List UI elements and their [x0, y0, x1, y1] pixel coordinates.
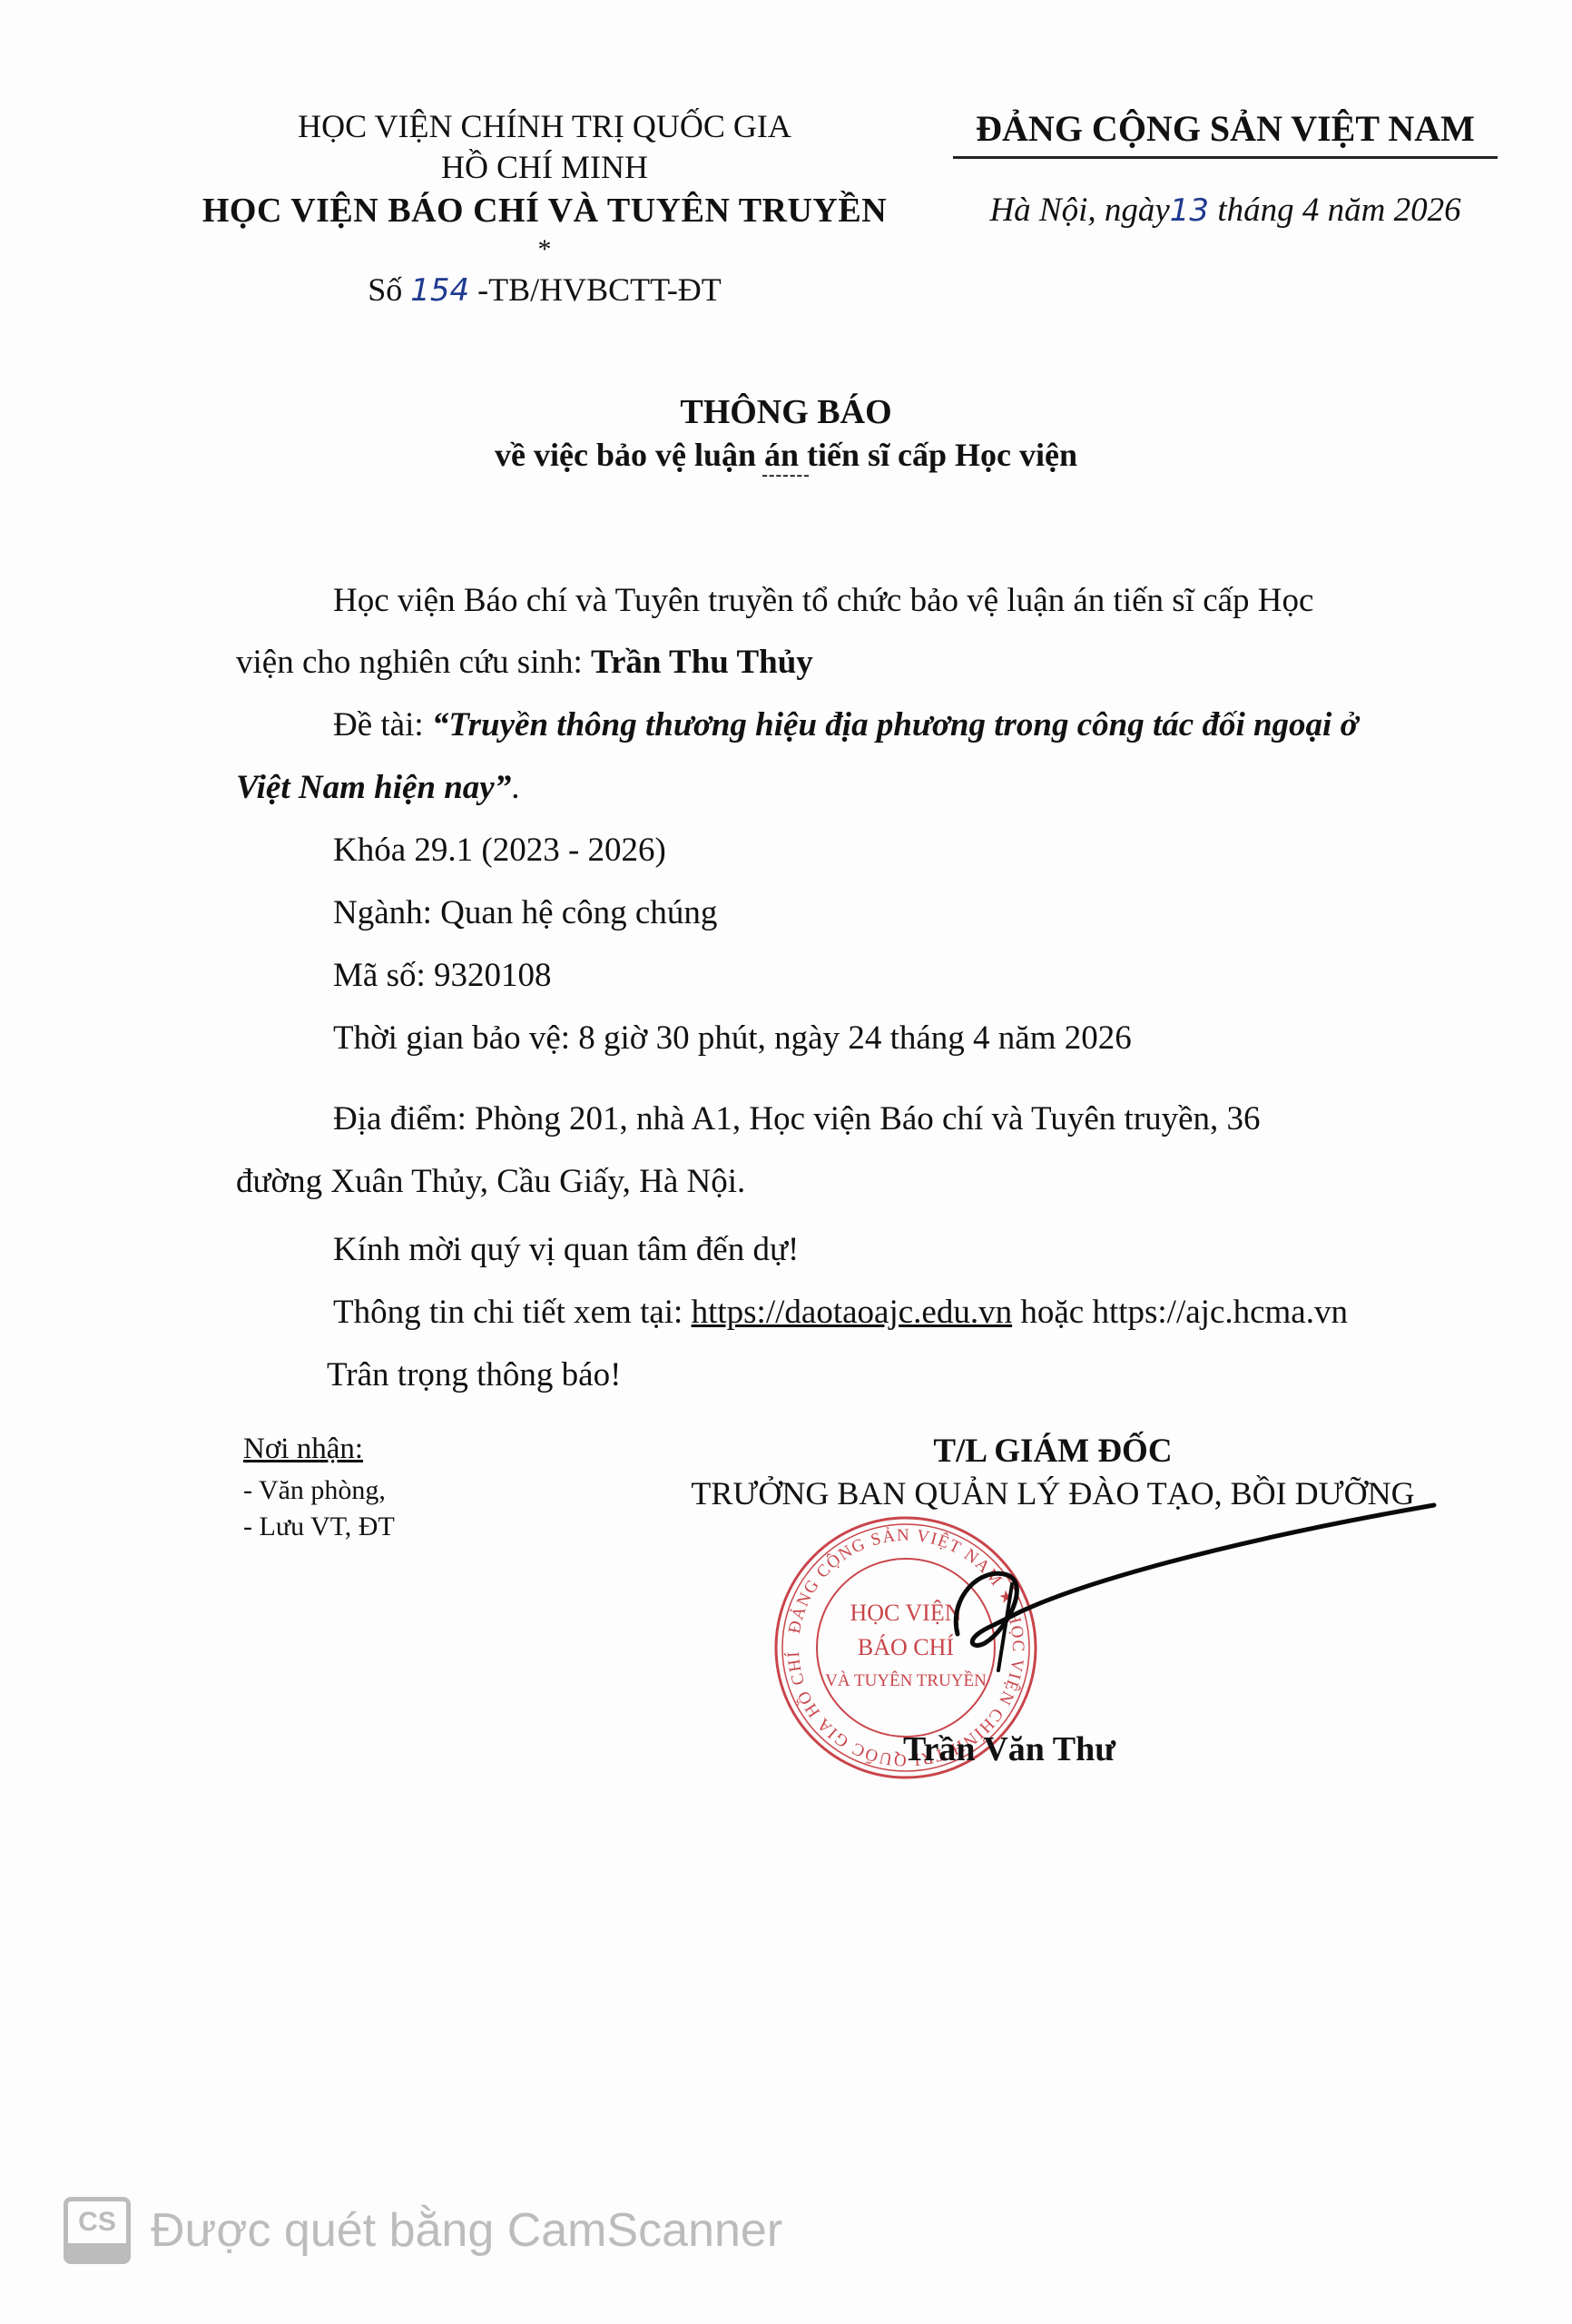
location-line-2: đường Xuân Thủy, Cầu Giấy, Hà Nội. — [236, 1162, 745, 1201]
info-link-daotaoajc[interactable]: https://daotaoajc.edu.vn — [692, 1294, 1012, 1331]
document-number-suffix: -TB/HVBCTT-ĐT — [477, 271, 722, 308]
date-suffix: tháng 4 năm 2026 — [1217, 192, 1460, 229]
closing: Trân trọng thông báo! — [327, 1355, 621, 1394]
date-day-handwritten: 13 — [1170, 192, 1209, 229]
info-line: Thông tin chi tiết xem tại: https://daot… — [333, 1293, 1348, 1332]
candidate-name: Trần Thu Thủy — [591, 644, 813, 681]
signer-name: Trần Văn Thư — [903, 1729, 1115, 1769]
document-date: Hà Nội, ngày13 tháng 4 năm 2026 — [944, 191, 1507, 230]
intro-line-2-prefix: viện cho nghiên cứu sinh: — [236, 644, 583, 681]
svg-text:BÁO CHÍ: BÁO CHÍ — [858, 1634, 954, 1660]
document-number-handwritten: 154 — [410, 272, 469, 309]
location-line-1: Địa điểm: Phòng 201, nhà A1, Học viện Bá… — [333, 1099, 1261, 1138]
document-number-prefix: Số — [368, 271, 402, 308]
topic-line-2: Việt Nam hiện nay”. — [236, 768, 519, 807]
topic-title-2: Việt Nam hiện nay” — [236, 769, 511, 806]
recipients-title: Nơi nhận: — [243, 1433, 363, 1466]
info-link-ajc[interactable]: https://ajc.hcma.vn — [1092, 1294, 1348, 1331]
major-code: Mã số: 9320108 — [333, 956, 552, 995]
document-title: THÔNG BÁO — [0, 392, 1572, 432]
course: Khóa 29.1 (2023 - 2026) — [333, 831, 666, 870]
recipient-item: - Văn phòng, — [243, 1475, 386, 1506]
signature-icon — [944, 1498, 1452, 1689]
camscanner-watermark: CS Được quét bằng CamScanner — [64, 2197, 782, 2264]
watermark-text: Được quét bằng CamScanner — [151, 2203, 782, 2258]
intro-line-2: viện cho nghiên cứu sinh: Trần Thu Thủy — [236, 643, 813, 682]
intro-line-1: Học viện Báo chí và Tuyên truyền tổ chức… — [333, 581, 1313, 620]
defense-time: Thời gian bảo vệ: 8 giờ 30 phút, ngày 24… — [333, 1019, 1132, 1058]
topic-title-1: “Truyền thông thương hiệu địa phương tro… — [432, 706, 1359, 743]
signature-on-behalf: T/L GIÁM ĐỐC — [599, 1432, 1507, 1471]
major: Ngành: Quan hệ công chúng — [333, 893, 717, 932]
signature-position: TRƯỞNG BAN QUẢN LÝ ĐÀO TẠO, BỒI DƯỠNG — [599, 1474, 1507, 1512]
star-separator: * — [154, 234, 935, 265]
issuer-org: HỌC VIỆN BÁO CHÍ VÀ TUYÊN TRUYỀN — [154, 191, 935, 231]
party-header-underline — [953, 156, 1498, 159]
document-number: Số 154 -TB/HVBCTT-ĐT — [154, 271, 935, 309]
topic-end: . — [511, 769, 519, 806]
info-or: hoặc — [1020, 1294, 1084, 1331]
invitation: Kính mời quý vị quan tâm đến dự! — [333, 1230, 799, 1269]
issuer-parent-org-line2: HỒ CHÍ MINH — [154, 148, 935, 186]
title-separator: ------- — [0, 465, 1572, 486]
date-prefix: Hà Nội, ngày — [989, 192, 1169, 229]
topic-label: Đề tài: — [333, 706, 424, 743]
topic-line-1: Đề tài: “Truyền thông thương hiệu địa ph… — [333, 705, 1358, 744]
info-prefix: Thông tin chi tiết xem tại: — [333, 1294, 683, 1331]
issuer-parent-org: HỌC VIỆN CHÍNH TRỊ QUỐC GIA — [154, 107, 935, 145]
camscanner-logo-icon: CS — [64, 2197, 131, 2264]
recipient-item: - Lưu VT, ĐT — [243, 1512, 395, 1542]
party-header: ĐẢNG CỘNG SẢN VIỆT NAM — [944, 107, 1507, 150]
